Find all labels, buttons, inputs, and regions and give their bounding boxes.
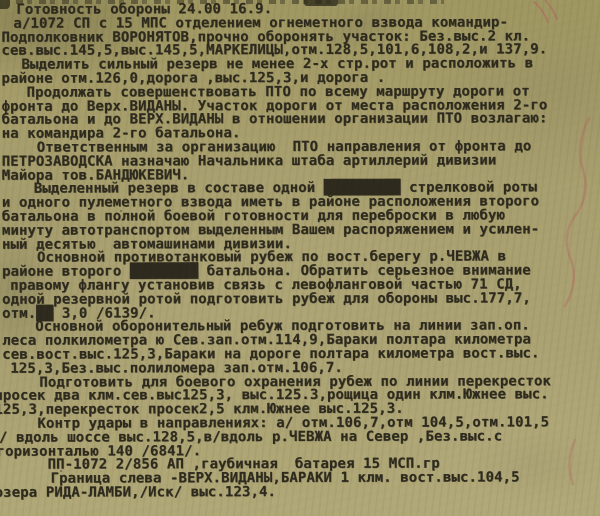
document-line: озера РИДА-ЛАМБИ,/Иск/ выс.123,4.	[0, 485, 600, 500]
scanned-document-page: Готовность обороны 24.00 16.9.а/1072 СП …	[0, 0, 600, 516]
document-lines: Готовность обороны 24.00 16.9.а/1072 СП …	[1, 2, 600, 500]
